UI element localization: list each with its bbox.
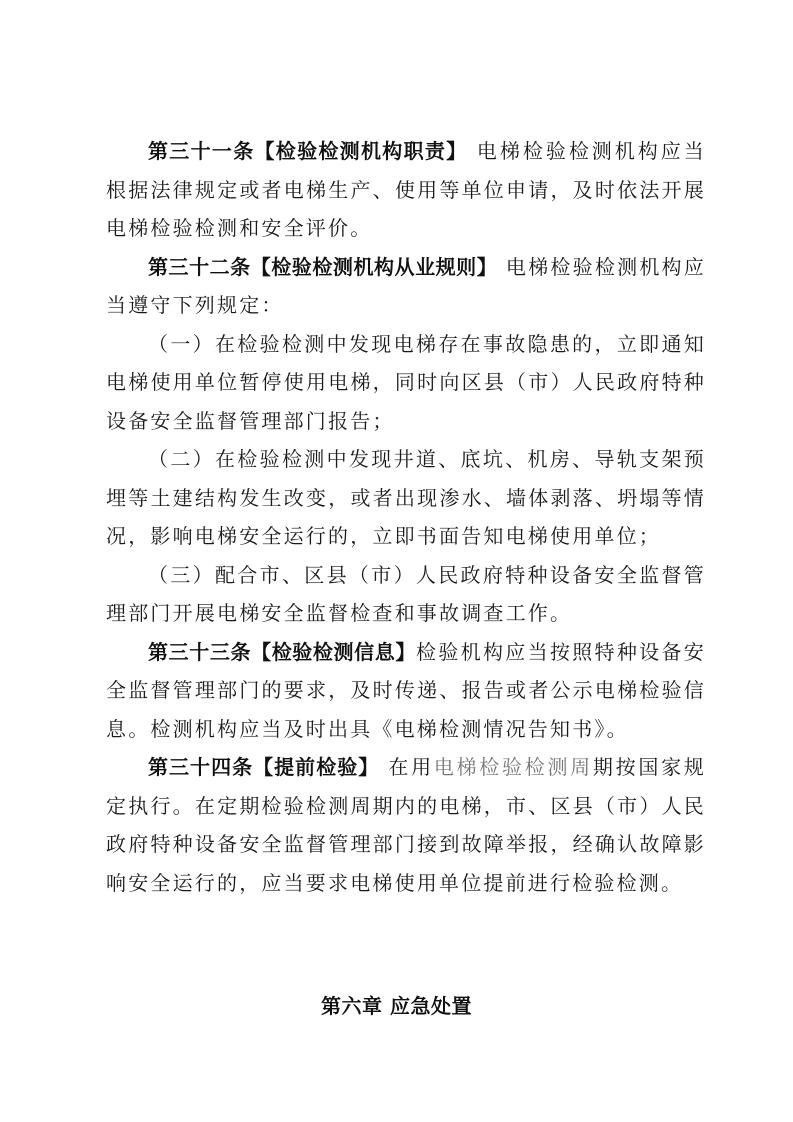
article-33-title: 第三十三条【检验检测信息】 bbox=[148, 640, 416, 664]
chapter-heading: 第六章 应急处置 bbox=[0, 990, 793, 1019]
article-32-item-2: （二）在检验检测中发现井道、底坑、机房、导轨支架预埋等土建结构发生改变，或者出现… bbox=[106, 440, 706, 556]
article-31-title: 第三十一条【检验检测机构职责】 bbox=[148, 139, 467, 163]
article-31: 第三十一条【检验检测机构职责】 电梯检验检测机构应当根据法律规定或者电梯生产、使… bbox=[106, 132, 706, 248]
article-34-light-text: 电梯检验检测周 bbox=[434, 755, 593, 779]
article-34-pre: 在用 bbox=[379, 755, 434, 779]
document-page: 第三十一条【检验检测机构职责】 电梯检验检测机构应当根据法律规定或者电梯生产、使… bbox=[106, 132, 706, 902]
article-32: 第三十二条【检验检测机构从业规则】 电梯检验检测机构应当遵守下列规定： bbox=[106, 248, 706, 325]
article-33: 第三十三条【检验检测信息】检验机构应当按照特种设备安全监督管理部门的要求，及时传… bbox=[106, 633, 706, 749]
article-34-title: 第三十四条【提前检验】 bbox=[148, 755, 379, 779]
article-32-item-3: （三）配合市、区县（市）人民政府特种设备安全监督管理部门开展电梯安全监督检查和事… bbox=[106, 556, 706, 633]
article-32-item-1: （一）在检验检测中发现电梯存在事故隐患的，立即通知电梯使用单位暂停使用电梯，同时… bbox=[106, 325, 706, 441]
article-32-title: 第三十二条【检验检测机构从业规则】 bbox=[148, 255, 497, 279]
article-34: 第三十四条【提前检验】 在用电梯检验检测周期按国家规定执行。在定期检验检测周期内… bbox=[106, 748, 706, 902]
